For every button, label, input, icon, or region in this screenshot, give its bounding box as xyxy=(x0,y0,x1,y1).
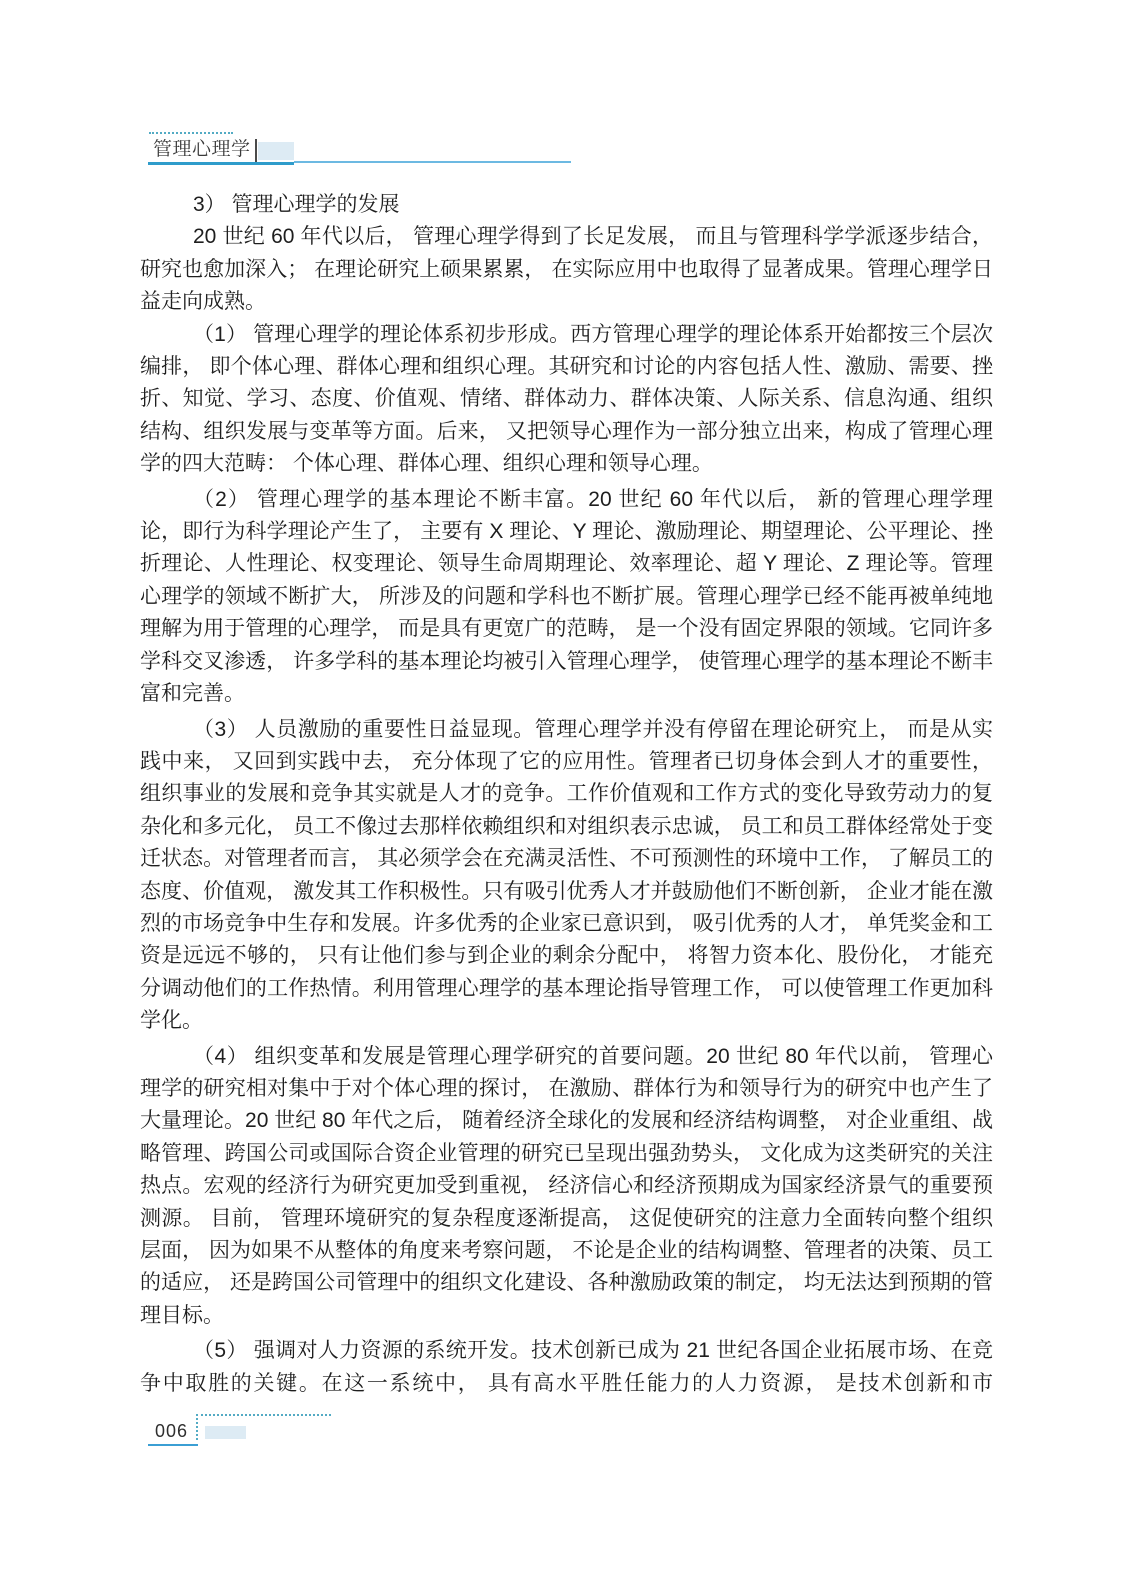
page-body: 3） 管理心理学的发展 20 世纪 60 年代以后， 管理心理学得到了长足发展，… xyxy=(140,189,993,1400)
footer-dotted-line-vertical xyxy=(196,1414,198,1440)
header-dotted-line xyxy=(149,132,233,134)
paragraph: （1） 管理心理学的理论体系初步形成。西方管理心理学的理论体系开始都按三个层次编… xyxy=(140,319,993,481)
header-underline-light xyxy=(294,161,571,163)
header-accent-box xyxy=(258,142,294,160)
paragraph: （2） 管理心理学的基本理论不断丰富。20 世纪 60 年代以后， 新的管理心理… xyxy=(140,484,993,711)
footer-underline xyxy=(148,1444,198,1446)
footer-accent-box xyxy=(205,1426,246,1439)
running-head-title: 管理心理学 xyxy=(153,140,251,160)
page-footer: 006 xyxy=(148,1412,348,1452)
paragraph: 20 世纪 60 年代以后， 管理心理学得到了长足发展， 而且与管理科学学派逐步… xyxy=(140,221,993,318)
header-divider-bar xyxy=(255,139,257,163)
page-header: 管理心理学 xyxy=(148,132,571,168)
book-page: 管理心理学 3） 管理心理学的发展 20 世纪 60 年代以后， 管理心理学得到… xyxy=(0,0,1128,1570)
paragraph: （4） 组织变革和发展是管理心理学研究的首要问题。20 世纪 80 年代以前， … xyxy=(140,1041,993,1333)
footer-dotted-line-horizontal xyxy=(196,1414,331,1416)
page-number: 006 xyxy=(155,1420,188,1442)
section-heading: 3） 管理心理学的发展 xyxy=(140,189,993,221)
header-underline-dark xyxy=(148,162,294,165)
paragraph: （3） 人员激励的重要性日益显现。管理心理学并没有停留在理论研究上， 而是从实践… xyxy=(140,714,993,1038)
paragraph: （5） 强调对人力资源的系统开发。技术创新已成为 21 世纪各国企业拓展市场、在… xyxy=(140,1335,993,1400)
